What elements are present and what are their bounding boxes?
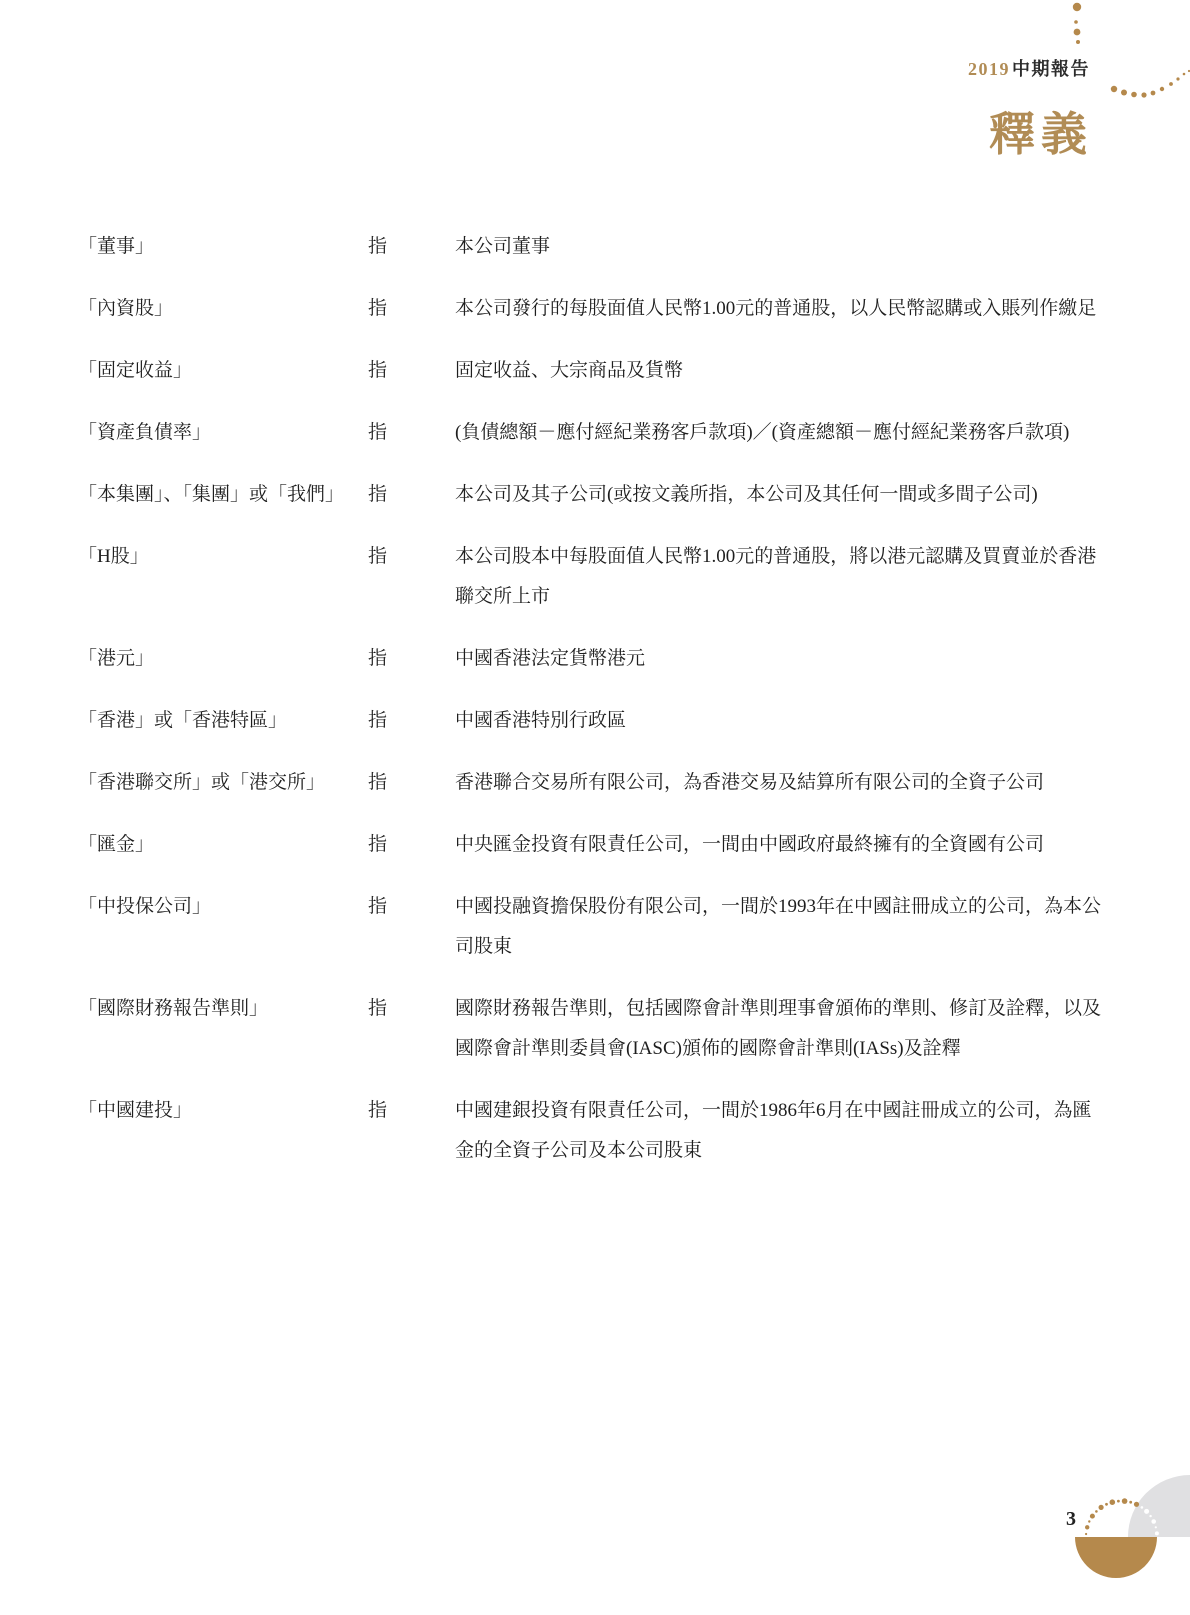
glossary-connector: 指 — [368, 351, 455, 391]
glossary-connector: 指 — [368, 763, 455, 803]
glossary-connector: 指 — [368, 639, 455, 679]
glossary-term: 「中國建投」 — [78, 1091, 368, 1131]
glossary-row: 「內資股」 指 本公司發行的每股面值人民幣1.00元的普通股，以人民幣認購或入賬… — [78, 289, 1112, 329]
glossary-definition: 中國香港法定貨幣港元 — [455, 639, 1112, 679]
glossary-definition: 國際財務報告準則，包括國際會計準則理事會頒佈的準則、修訂及詮釋，以及 國際會計準… — [455, 989, 1112, 1069]
glossary-connector: 指 — [368, 227, 455, 267]
glossary-row: 「中投保公司」 指 中國投融資擔保股份有限公司，一間於1993年在中國註冊成立的… — [78, 887, 1112, 967]
glossary-definition: 本公司董事 — [455, 227, 1112, 267]
glossary-row: 「香港聯交所」或「港交所」 指 香港聯合交易所有限公司，為香港交易及結算所有限公… — [78, 763, 1112, 803]
glossary-row: 「匯金」 指 中央匯金投資有限責任公司，一間由中國政府最終擁有的全資國有公司 — [78, 825, 1112, 865]
glossary-term: 「H股」 — [78, 537, 368, 577]
glossary-term: 「本集團」、「集團」或「我們」 — [78, 475, 368, 515]
glossary-row: 「董事」 指 本公司董事 — [78, 227, 1112, 267]
glossary-term: 「港元」 — [78, 639, 368, 679]
report-year: 2019 — [968, 59, 1010, 79]
glossary-definition: 固定收益、大宗商品及貨幣 — [455, 351, 1112, 391]
glossary-table: 「董事」 指 本公司董事 「內資股」 指 本公司發行的每股面值人民幣1.00元的… — [78, 227, 1112, 1193]
glossary-connector: 指 — [368, 701, 455, 741]
glossary-definition: 中國投融資擔保股份有限公司，一間於1993年在中國註冊成立的公司，為本公 司股東 — [455, 887, 1112, 967]
footer-circle-decoration — [1060, 1470, 1190, 1580]
glossary-connector: 指 — [368, 475, 455, 515]
glossary-row: 「本集團」、「集團」或「我們」 指 本公司及其子公司(或按文義所指，本公司及其任… — [78, 475, 1112, 515]
glossary-term: 「國際財務報告準則」 — [78, 989, 368, 1029]
glossary-connector: 指 — [368, 413, 455, 453]
glossary-definition: 中央匯金投資有限責任公司，一間由中國政府最終擁有的全資國有公司 — [455, 825, 1112, 865]
glossary-definition: (負債總額－應付經紀業務客戶款項)／(資產總額－應付經紀業務客戶款項) — [455, 413, 1112, 453]
glossary-row: 「中國建投」 指 中國建銀投資有限責任公司，一間於1986年6月在中國註冊成立的… — [78, 1091, 1112, 1171]
glossary-row: 「固定收益」 指 固定收益、大宗商品及貨幣 — [78, 351, 1112, 391]
report-title: 2019中期報告 — [968, 55, 1090, 81]
glossary-term: 「固定收益」 — [78, 351, 368, 391]
glossary-connector: 指 — [368, 537, 455, 577]
glossary-term: 「資產負債率」 — [78, 413, 368, 453]
report-name: 中期報告 — [1012, 59, 1090, 79]
glossary-definition: 中國建銀投資有限責任公司，一間於1986年6月在中國註冊成立的公司，為匯 金的全… — [455, 1091, 1112, 1171]
glossary-connector: 指 — [368, 825, 455, 865]
glossary-definition: 本公司及其子公司(或按文義所指，本公司及其任何一間或多間子公司) — [455, 475, 1112, 515]
glossary-term: 「內資股」 — [78, 289, 368, 329]
glossary-connector: 指 — [368, 289, 455, 329]
glossary-term: 「匯金」 — [78, 825, 368, 865]
glossary-term: 「中投保公司」 — [78, 887, 368, 927]
glossary-definition: 中國香港特別行政區 — [455, 701, 1112, 741]
glossary-row: 「H股」 指 本公司股本中每股面值人民幣1.00元的普通股，將以港元認購及買賣並… — [78, 537, 1112, 617]
glossary-term: 「董事」 — [78, 227, 368, 267]
page-title: 釋義 — [989, 98, 1093, 164]
glossary-row: 「香港」或「香港特區」 指 中國香港特別行政區 — [78, 701, 1112, 741]
glossary-connector: 指 — [368, 1091, 455, 1131]
glossary-connector: 指 — [368, 887, 455, 927]
glossary-row: 「港元」 指 中國香港法定貨幣港元 — [78, 639, 1112, 679]
glossary-row: 「國際財務報告準則」 指 國際財務報告準則，包括國際會計準則理事會頒佈的準則、修… — [78, 989, 1112, 1069]
glossary-term: 「香港」或「香港特區」 — [78, 701, 368, 741]
glossary-term: 「香港聯交所」或「港交所」 — [78, 763, 368, 803]
glossary-connector: 指 — [368, 989, 455, 1029]
report-page: 2019中期報告 釋義 「董事」 指 本公司董事 「內資股」 指 本公司發行的每… — [0, 0, 1190, 1615]
glossary-row: 「資產負債率」 指 (負債總額－應付經紀業務客戶款項)／(資產總額－應付經紀業務… — [78, 413, 1112, 453]
glossary-definition: 香港聯合交易所有限公司，為香港交易及結算所有限公司的全資子公司 — [455, 763, 1112, 803]
glossary-definition: 本公司股本中每股面值人民幣1.00元的普通股，將以港元認購及買賣並於香港 聯交所… — [455, 537, 1112, 617]
glossary-definition: 本公司發行的每股面值人民幣1.00元的普通股，以人民幣認購或入賬列作繳足 — [455, 289, 1112, 329]
